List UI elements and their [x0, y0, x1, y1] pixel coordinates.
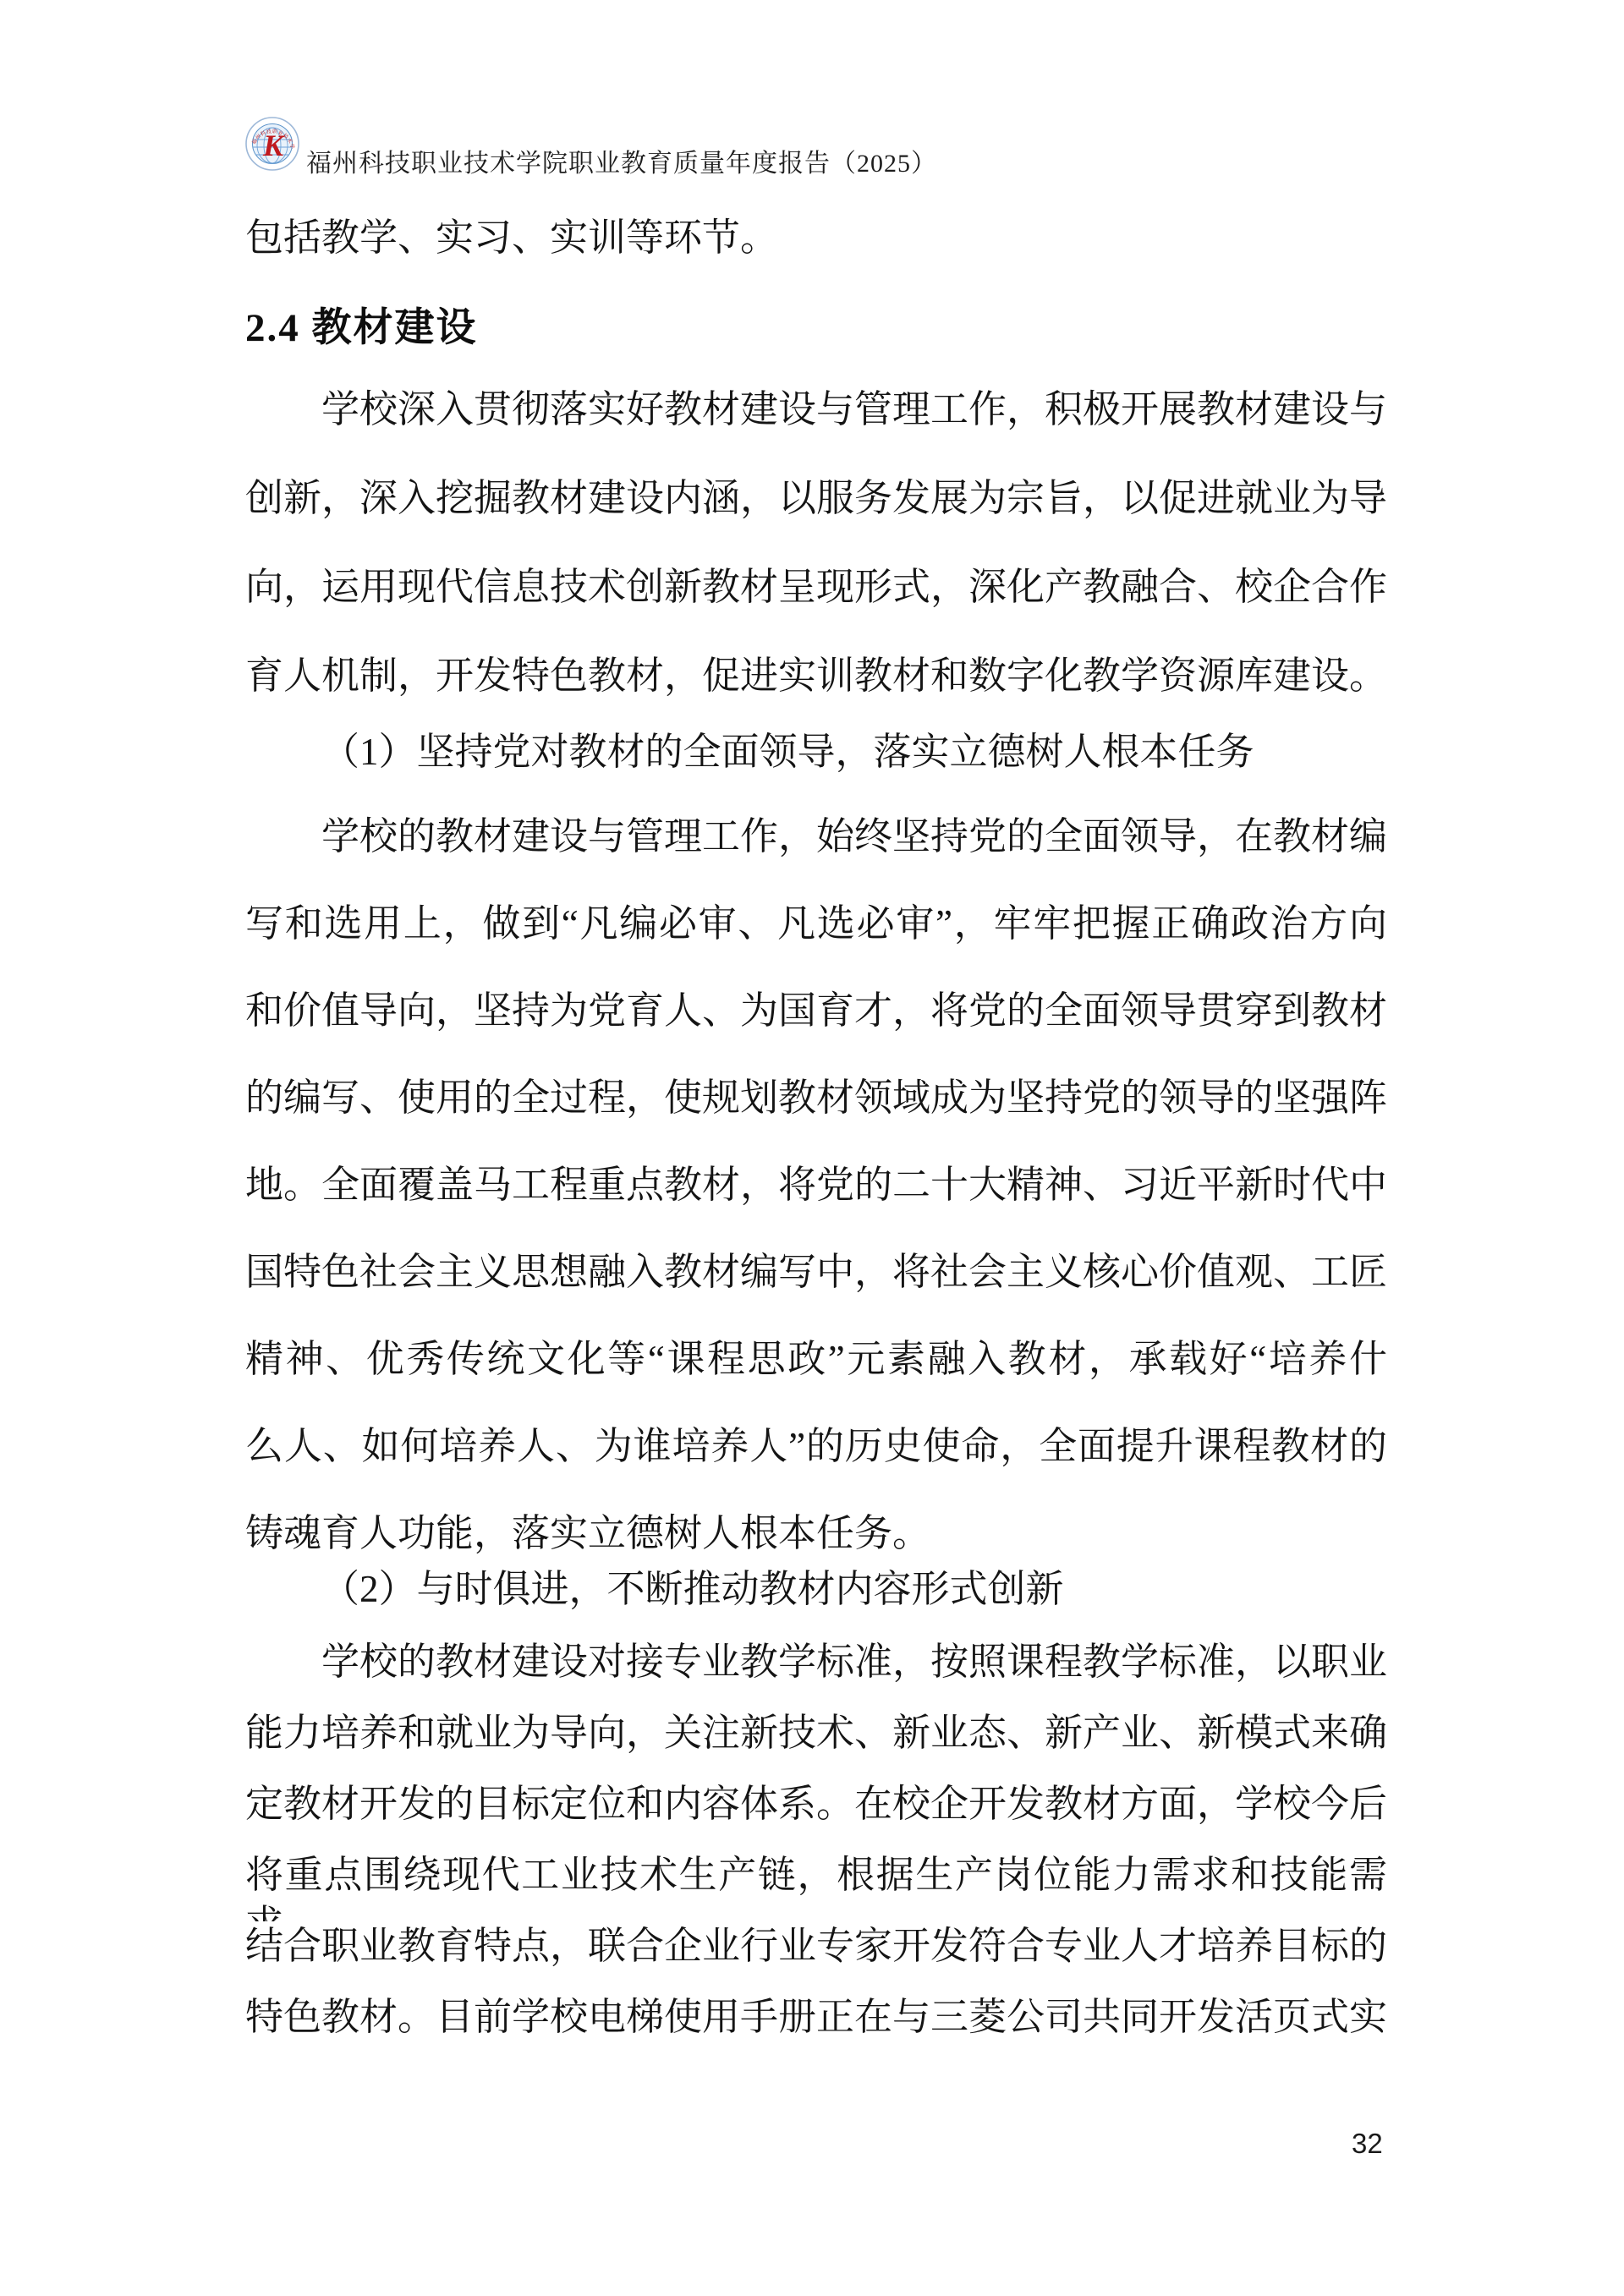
text-line: 结合职业教育特点，联合企业行业专家开发符合专业人才培养目标的 — [245, 1921, 1387, 1992]
text-line: 么人、如何培养人、为谁培养人”的历史使命，全面提升课程教材的 — [245, 1422, 1387, 1509]
paragraph: 学校深入贯彻落实好教材建设与管理工作，积极开展教材建设与创新，深入挖掘教材建设内… — [245, 385, 1387, 740]
text-line: 定教材开发的目标定位和内容体系。在校企开发教材方面，学校今后 — [245, 1779, 1387, 1850]
text-line: （2）与时俱进，不断推动教材内容形式创新 — [245, 1564, 1387, 1636]
text-line: 学校深入贯彻落实好教材建设与管理工作，积极开展教材建设与 — [245, 385, 1387, 474]
text-line: （1）坚持党对教材的全面领导，落实立德树人根本任务 — [245, 727, 1387, 816]
paragraph: 学校的教材建设对接专业教学标准，按照课程教学标准，以职业能力培养和就业为导向，关… — [245, 1637, 1387, 2063]
text-line: 学校的教材建设对接专业教学标准，按照课程教学标准，以职业 — [245, 1637, 1387, 1708]
text-line: 向，运用现代信息技术创新教材呈现形式，深化产教融合、校企合作 — [245, 562, 1387, 651]
text-line: 能力培养和就业为导向，关注新技术、新业态、新产业、新模式来确 — [245, 1708, 1387, 1779]
paragraph: （1）坚持党对教材的全面领导，落实立德树人根本任务 — [245, 727, 1387, 816]
text-line: 地。全面覆盖马工程重点教材，将党的二十大精神、习近平新时代中 — [245, 1160, 1387, 1247]
text-line: 的编写、使用的全过程，使规划教材领域成为坚持党的领导的坚强阵 — [245, 1073, 1387, 1160]
continuation-line: 包括教学、实习、实训等环节。 — [245, 213, 1387, 262]
text-line: 创新，深入挖掘教材建设内涵，以服务发展为宗旨，以促进就业为导 — [245, 474, 1387, 562]
text-line: 特色教材。目前学校电梯使用手册正在与三菱公司共同开发活页式实 — [245, 1992, 1387, 2063]
page-number: 32 — [1352, 2128, 1383, 2160]
paragraph: 学校的教材建设与管理工作，始终坚持党的全面领导，在教材编写和选用上，做到“凡编必… — [245, 812, 1387, 1596]
document-page: 福州科技职业技术学院 K 福州科技职业技术学院职业教育质量年度报告（2025） … — [0, 0, 1624, 2296]
text-line: 将重点围绕现代工业技术生产链，根据生产岗位能力需求和技能需求， — [245, 1850, 1387, 1921]
text-line: 精神、优秀传统文化等“课程思政”元素融入教材，承载好“培养什 — [245, 1334, 1387, 1422]
text-line: 和价值导向，坚持为党育人、为国育才，将党的全面领导贯穿到教材 — [245, 986, 1387, 1073]
section-heading: 2.4 教材建设 — [245, 296, 478, 353]
text-line: 学校的教材建设与管理工作，始终坚持党的全面领导，在教材编 — [245, 812, 1387, 899]
paragraph: （2）与时俱进，不断推动教材内容形式创新 — [245, 1564, 1387, 1636]
document-body: 包括教学、实习、实训等环节。 2.4 教材建设 学校深入贯彻落实好教材建设与管理… — [0, 0, 1624, 2296]
text-line: 国特色社会主义思想融入教材编写中，将社会主义核心价值观、工匠 — [245, 1247, 1387, 1334]
text-line: 写和选用上，做到“凡编必审、凡选必审”，牢牢把握正确政治方向 — [245, 899, 1387, 986]
